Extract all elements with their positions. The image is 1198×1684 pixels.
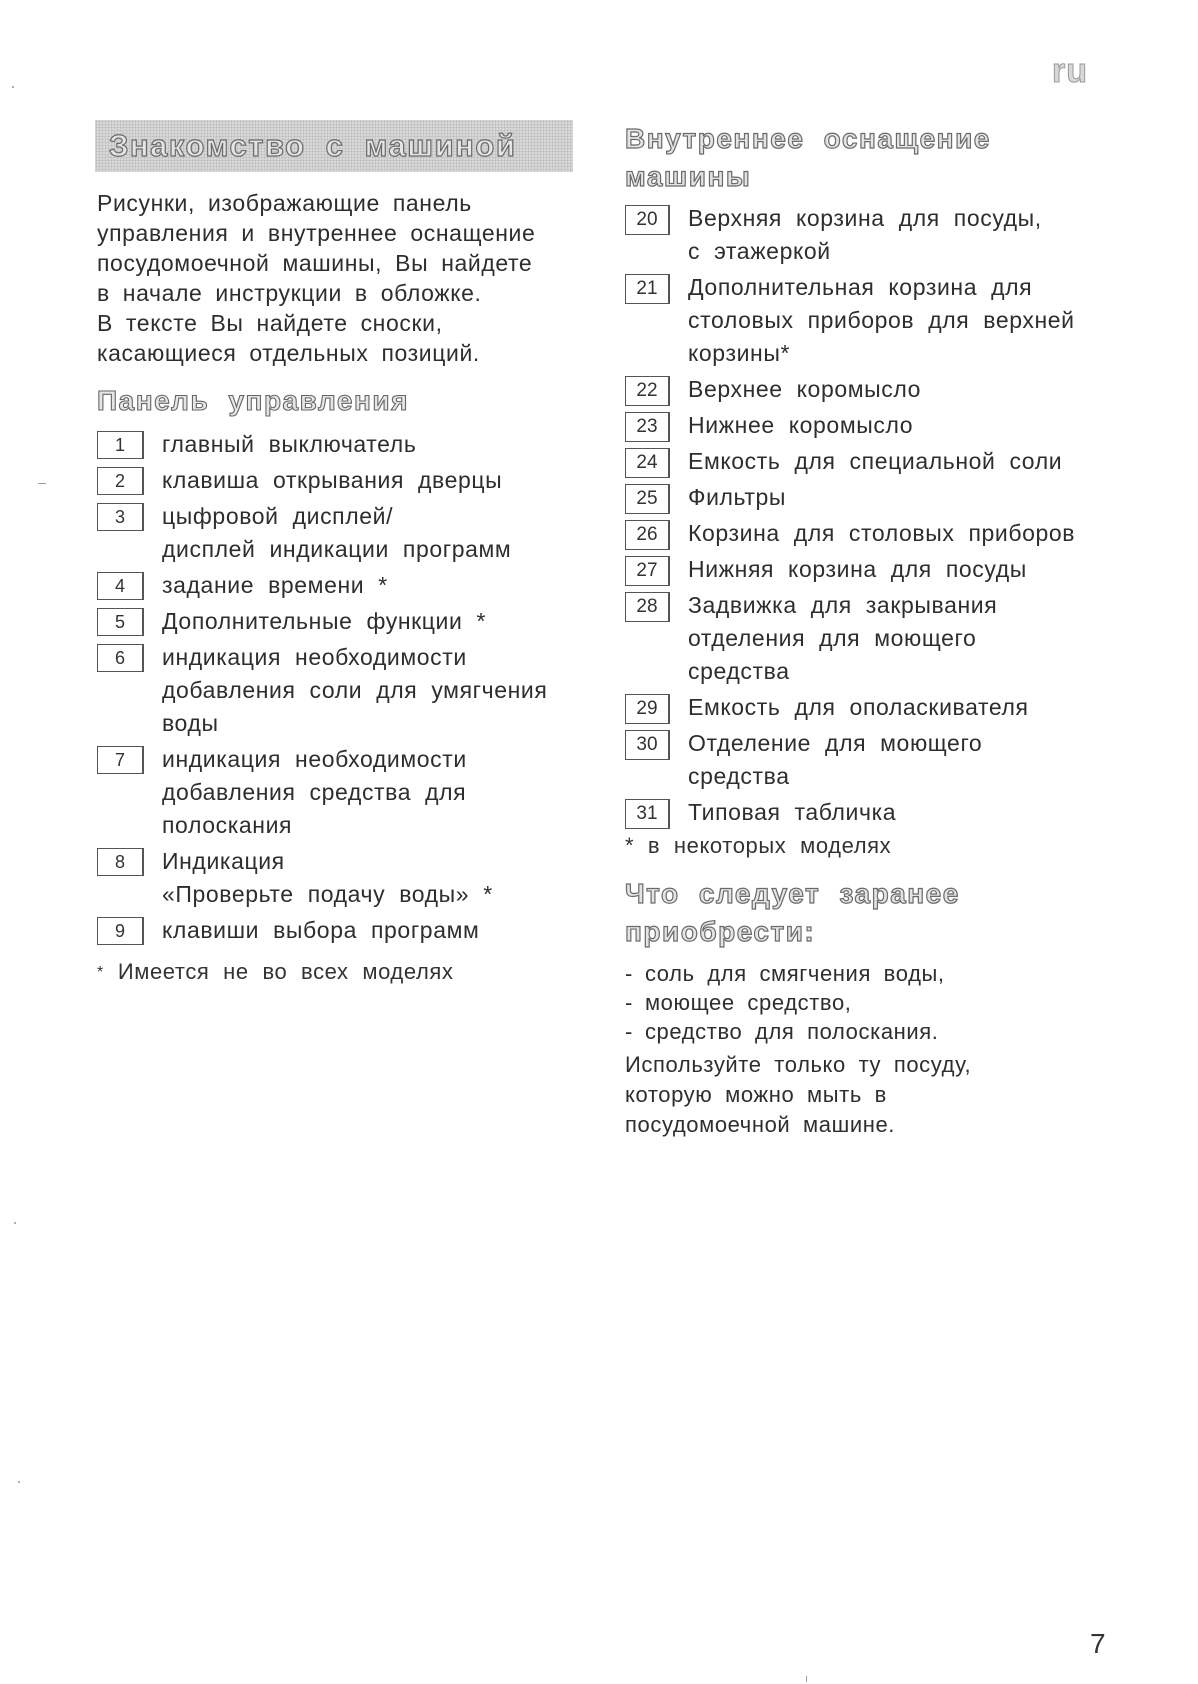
item-number-box: 23 [625, 412, 670, 442]
item-line: Верхняя корзина для посуды, [688, 202, 1042, 235]
list-item: 25 Фильтры [625, 481, 1125, 514]
list-item: 5 Дополнительные функции * [97, 605, 577, 638]
list-item: средство для полоскания. [625, 1017, 1125, 1046]
banner-title: Знакомство с машиной [95, 128, 516, 164]
heading-line: Что следует заранее [625, 875, 1125, 913]
list-item: 31 Типовая табличка [625, 796, 1125, 829]
item-line: Емкость для специальной соли [688, 445, 1062, 478]
left-column: Знакомство с машиной Рисунки, изображающ… [97, 120, 577, 985]
list-item: 1 главный выключатель [97, 428, 577, 461]
scan-speck [14, 1222, 16, 1224]
item-line: с этажеркой [688, 235, 1042, 268]
item-number-box: 29 [625, 694, 670, 724]
list-item: 22 Верхнее коромысло [625, 373, 1125, 406]
list-item: 29 Емкость для ополаскивателя [625, 691, 1125, 724]
item-number-box: 2 [97, 467, 144, 495]
list-item: соль для смягчения воды, [625, 959, 1125, 988]
heading-line: приобрести: [625, 913, 1125, 951]
item-line: столовых приборов для верхней [688, 304, 1075, 337]
item-line: Задвижка для закрывания [688, 589, 997, 622]
item-text: индикация необходимости добавления средс… [162, 743, 467, 842]
item-number-box: 26 [625, 520, 670, 550]
list-item: 26 Корзина для столовых приборов [625, 517, 1125, 550]
item-number-box: 4 [97, 572, 144, 600]
item-line: Корзина для столовых приборов [688, 517, 1075, 550]
item-line: клавиша открывания дверцы [162, 464, 502, 497]
item-line: Отделение для моющего [688, 727, 982, 760]
list-item: 8 Индикация «Проверьте подачу воды» * [97, 845, 577, 911]
item-line: Дополнительная корзина для [688, 271, 1075, 304]
item-number-box: 28 [625, 592, 670, 622]
item-text: цыфровой дисплей/ дисплей индикации прог… [162, 500, 511, 566]
scan-speck [38, 483, 46, 484]
list-item: 20 Верхняя корзина для посуды, с этажерк… [625, 202, 1125, 268]
item-number-box: 3 [97, 503, 144, 531]
footnote: *Имеется не во всех моделях [97, 959, 577, 985]
list-item: 9 клавиши выбора программ [97, 914, 577, 947]
closing-line: посудомоечной машине. [625, 1110, 1125, 1140]
footnote-text: Имеется не во всех моделях [118, 959, 454, 984]
item-number-box: 22 [625, 376, 670, 406]
control-panel-heading: Панель управления [97, 382, 577, 420]
list-item: 27 Нижняя корзина для посуды [625, 553, 1125, 586]
item-text: Индикация «Проверьте подачу воды» * [162, 845, 493, 911]
interior-list: 20 Верхняя корзина для посуды, с этажерк… [625, 202, 1125, 829]
list-item: 24 Емкость для специальной соли [625, 445, 1125, 478]
scan-speck [18, 1481, 20, 1483]
intro-paragraph: Рисунки, изображающие панель управления … [97, 188, 577, 368]
item-line: Фильтры [688, 481, 786, 514]
list-item: 7 индикация необходимости добавления сре… [97, 743, 577, 842]
item-text: Емкость для ополаскивателя [688, 691, 1029, 724]
control-panel-list: 1 главный выключатель 2 клавиша открыван… [97, 428, 577, 947]
item-number-box: 8 [97, 848, 144, 876]
intro-line: управления и внутреннее оснащение [97, 218, 577, 248]
closing-line: которую можно мыть в [625, 1080, 1125, 1110]
item-line: главный выключатель [162, 428, 416, 461]
language-tag: ru [1052, 52, 1088, 91]
item-line: средства [688, 655, 997, 688]
item-number-box: 27 [625, 556, 670, 586]
item-line: клавиши выбора программ [162, 914, 479, 947]
item-text: Нижнее коромысло [688, 409, 913, 442]
list-item: 21 Дополнительная корзина для столовых п… [625, 271, 1125, 370]
intro-line: в начале инструкции в обложке. [97, 278, 577, 308]
right-column: Внутреннее оснащение машины 20 Верхняя к… [625, 120, 1125, 1140]
item-text: индикация необходимости добавления соли … [162, 641, 547, 740]
item-line: Нижнее коромысло [688, 409, 913, 442]
item-number-box: 7 [97, 746, 144, 774]
list-item: 6 индикация необходимости добавления сол… [97, 641, 577, 740]
heading-line: машины [625, 158, 1125, 196]
item-line: воды [162, 707, 547, 740]
list-item: 4 задание времени * [97, 569, 577, 602]
item-number-box: 20 [625, 205, 670, 235]
item-line: индикация необходимости [162, 641, 547, 674]
item-number-box: 5 [97, 608, 144, 636]
list-item: 30 Отделение для моющего средства [625, 727, 1125, 793]
item-number-box: 30 [625, 730, 670, 760]
footnote: * в некоторых моделях [625, 833, 1125, 859]
item-line: добавления соли для умягчения [162, 674, 547, 707]
item-number-box: 21 [625, 274, 670, 304]
list-item: 28 Задвижка для закрывания отделения для… [625, 589, 1125, 688]
item-line: индикация необходимости [162, 743, 467, 776]
item-number-box: 31 [625, 799, 670, 829]
closing-paragraph: Используйте только ту посуду, которую мо… [625, 1050, 1125, 1140]
item-line: Типовая табличка [688, 796, 896, 829]
item-number-box: 24 [625, 448, 670, 478]
item-line: Нижняя корзина для посуды [688, 553, 1027, 586]
item-text: Дополнительная корзина для столовых приб… [688, 271, 1075, 370]
item-line: полоскания [162, 809, 467, 842]
intro-line: Рисунки, изображающие панель [97, 188, 577, 218]
scan-speck [12, 86, 14, 88]
item-number-box: 1 [97, 431, 144, 459]
interior-heading: Внутреннее оснащение машины [625, 120, 1125, 196]
list-item: 2 клавиша открывания дверцы [97, 464, 577, 497]
closing-line: Используйте только ту посуду, [625, 1050, 1125, 1080]
item-text: Типовая табличка [688, 796, 896, 829]
intro-line: В тексте Вы найдете сноски, [97, 308, 577, 338]
item-line: Верхнее коромысло [688, 373, 921, 406]
list-item: 23 Нижнее коромысло [625, 409, 1125, 442]
item-text: задание времени * [162, 569, 388, 602]
item-number-box: 25 [625, 484, 670, 514]
item-line: Емкость для ополаскивателя [688, 691, 1029, 724]
item-line: «Проверьте подачу воды» * [162, 878, 493, 911]
item-number-box: 6 [97, 644, 144, 672]
item-line: цыфровой дисплей/ [162, 500, 511, 533]
item-text: Дополнительные функции * [162, 605, 486, 638]
item-line: Дополнительные функции * [162, 605, 486, 638]
item-text: Задвижка для закрывания отделения для мо… [688, 589, 997, 688]
intro-line: касающиеся отдельных позиций. [97, 338, 577, 368]
scan-speck [806, 1676, 807, 1682]
item-number-box: 9 [97, 917, 144, 945]
item-text: Отделение для моющего средства [688, 727, 982, 793]
page-number: 7 [1090, 1628, 1106, 1660]
item-line: отделения для моющего [688, 622, 997, 655]
item-text: Емкость для специальной соли [688, 445, 1062, 478]
intro-line: посудомоечной машины, Вы найдете [97, 248, 577, 278]
heading-line: Внутреннее оснащение [625, 120, 1125, 158]
item-line: задание времени * [162, 569, 388, 602]
purchase-list: соль для смягчения воды, моющее средство… [625, 959, 1125, 1046]
purchase-heading: Что следует заранее приобрести: [625, 875, 1125, 951]
item-line: добавления средства для [162, 776, 467, 809]
item-line: корзины* [688, 337, 1075, 370]
asterisk-icon: * [97, 964, 104, 981]
list-item: моющее средство, [625, 988, 1125, 1017]
item-line: дисплей индикации программ [162, 533, 511, 566]
item-text: главный выключатель [162, 428, 416, 461]
item-text: Верхнее коромысло [688, 373, 921, 406]
item-text: Корзина для столовых приборов [688, 517, 1075, 550]
item-line: средства [688, 760, 982, 793]
item-text: клавиши выбора программ [162, 914, 479, 947]
item-text: Фильтры [688, 481, 786, 514]
item-line: Индикация [162, 845, 493, 878]
item-text: Верхняя корзина для посуды, с этажеркой [688, 202, 1042, 268]
section-banner: Знакомство с машиной [95, 120, 573, 172]
item-text: Нижняя корзина для посуды [688, 553, 1027, 586]
item-text: клавиша открывания дверцы [162, 464, 502, 497]
list-item: 3 цыфровой дисплей/ дисплей индикации пр… [97, 500, 577, 566]
